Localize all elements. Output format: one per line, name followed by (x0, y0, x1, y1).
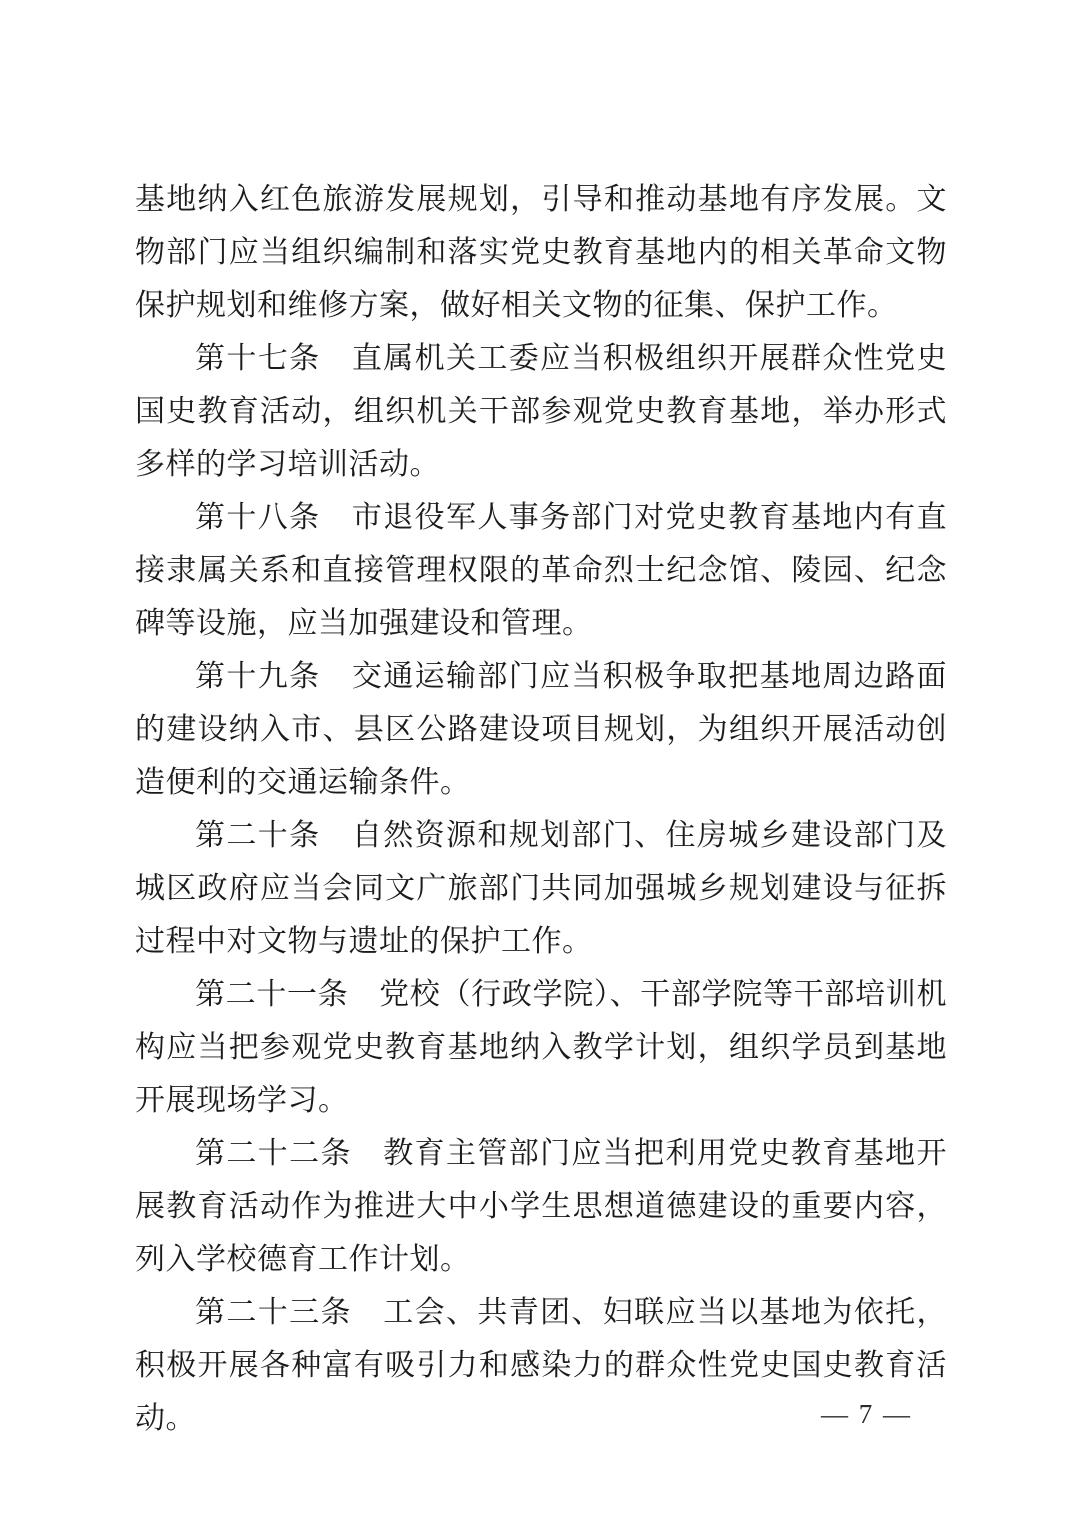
paragraph-article-17: 第十七条 直属机关工委应当积极组织开展群众性党史国史教育活动，组织机关干部参观党… (135, 332, 947, 491)
page-number: — 7 — (821, 1399, 912, 1429)
paragraph-article-22: 第二十二条 教育主管部门应当把利用党史教育基地开展教育活动作为推进大中小学生思想… (135, 1127, 947, 1286)
page-footer: — 7 — (821, 1398, 912, 1430)
paragraph-article-18: 第十八条 市退役军人事务部门对党史教育基地内有直接隶属关系和直接管理权限的革命烈… (135, 491, 947, 650)
document-body: 基地纳入红色旅游发展规划，引导和推动基地有序发展。文物部门应当组织编制和落实党史… (135, 173, 947, 1445)
paragraph-continuation: 基地纳入红色旅游发展规划，引导和推动基地有序发展。文物部门应当组织编制和落实党史… (135, 173, 947, 332)
document-page: 基地纳入红色旅游发展规划，引导和推动基地有序发展。文物部门应当组织编制和落实党史… (0, 0, 1074, 1520)
paragraph-article-19: 第十九条 交通运输部门应当积极争取把基地周边路面的建设纳入市、县区公路建设项目规… (135, 650, 947, 809)
paragraph-article-20: 第二十条 自然资源和规划部门、住房城乡建设部门及城区政府应当会同文广旅部门共同加… (135, 809, 947, 968)
paragraph-article-21: 第二十一条 党校（行政学院）、干部学院等干部培训机构应当把参观党史教育基地纳入教… (135, 968, 947, 1127)
